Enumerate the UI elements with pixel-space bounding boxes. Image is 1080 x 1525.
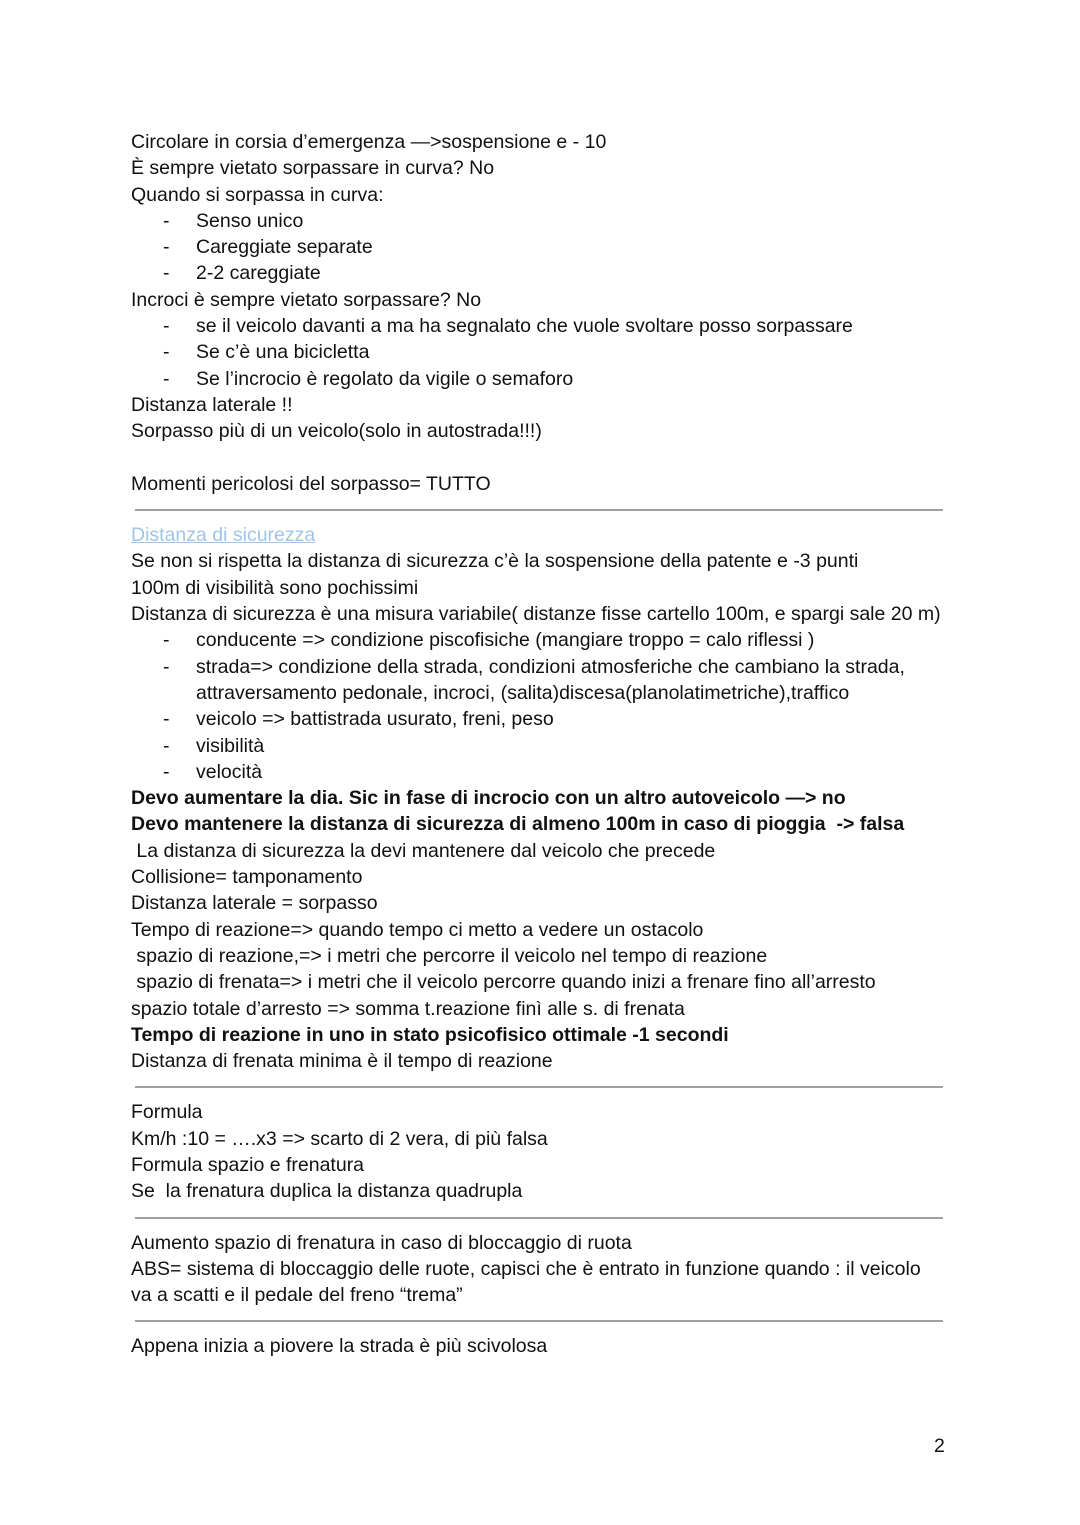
blank-line	[131, 445, 943, 471]
section-heading: Distanza di sicurezza	[131, 522, 943, 548]
intersection-bullet-list: -se il veicolo davanti a ma ha segnalato…	[131, 313, 943, 392]
bullet-dash: -	[163, 733, 170, 759]
text-line: Aumento spazio di frenatura in caso di b…	[131, 1230, 943, 1256]
bullet-dash: -	[163, 366, 170, 392]
list-item: -Senso unico	[131, 208, 943, 234]
horizontal-divider	[135, 1217, 943, 1219]
list-item: -se il veicolo davanti a ma ha segnalato…	[131, 313, 943, 339]
text-line: Se la frenatura duplica la distanza quad…	[131, 1178, 943, 1204]
text-line: Formula	[131, 1099, 943, 1125]
list-item: -strada=> condizione della strada, condi…	[131, 654, 943, 707]
section-abs: Aumento spazio di frenatura in caso di b…	[131, 1230, 943, 1309]
text-line: Distanza di sicurezza è una misura varia…	[131, 601, 943, 627]
list-item: -2-2 careggiate	[131, 260, 943, 286]
bullet-dash: -	[163, 208, 170, 234]
horizontal-divider	[135, 509, 943, 511]
text-line: Circolare in corsia d’emergenza —>sospen…	[131, 129, 943, 155]
text-line: È sempre vietato sorpassare in curva? No	[131, 155, 943, 181]
section-safety-distance: Distanza di sicurezza Se non si rispetta…	[131, 522, 943, 1074]
list-item: -Careggiate separate	[131, 234, 943, 260]
document-page: Circolare in corsia d’emergenza —>sospen…	[131, 129, 943, 1360]
bold-text-line: Tempo di reazione in uno in stato psicof…	[131, 1022, 943, 1048]
text-line: Sorpasso più di un veicolo(solo in autos…	[131, 418, 943, 444]
text-line: Distanza di frenata minima è il tempo di…	[131, 1048, 943, 1074]
text-line: Appena inizia a piovere la strada è più …	[131, 1333, 943, 1359]
bullet-dash: -	[163, 759, 170, 785]
bold-text-line: Devo mantenere la distanza di sicurezza …	[131, 811, 943, 837]
text-line: Km/h :10 = ….x3 => scarto di 2 vera, di …	[131, 1126, 943, 1152]
bullet-dash: -	[163, 313, 170, 339]
horizontal-divider	[135, 1320, 943, 1322]
section-rain: Appena inizia a piovere la strada è più …	[131, 1333, 943, 1359]
bullet-dash: -	[163, 234, 170, 260]
text-line: La distanza di sicurezza la devi mantene…	[131, 838, 943, 864]
text-line: Tempo di reazione=> quando tempo ci mett…	[131, 917, 943, 943]
text-line: Incroci è sempre vietato sorpassare? No	[131, 287, 943, 313]
text-line: Distanza laterale = sorpasso	[131, 890, 943, 916]
list-item: -velocità	[131, 759, 943, 785]
list-item: -Se l’incrocio è regolato da vigile o se…	[131, 366, 943, 392]
section-formula: Formula Km/h :10 = ….x3 => scarto di 2 v…	[131, 1099, 943, 1204]
bullet-dash: -	[163, 706, 170, 732]
list-item: -visibilità	[131, 733, 943, 759]
factor-bullet-list: -conducente => condizione piscofisiche (…	[131, 627, 943, 785]
list-item: -conducente => condizione piscofisiche (…	[131, 627, 943, 653]
text-line: spazio di reazione,=> i metri che percor…	[131, 943, 943, 969]
text-line: spazio totale d’arresto => somma t.reazi…	[131, 996, 943, 1022]
bullet-dash: -	[163, 627, 170, 653]
curve-bullet-list: -Senso unico -Careggiate separate -2-2 c…	[131, 208, 943, 287]
bullet-dash: -	[163, 654, 170, 680]
text-line: Distanza laterale !!	[131, 392, 943, 418]
bold-text-line: Devo aumentare la dia. Sic in fase di in…	[131, 785, 943, 811]
text-line: Collisione= tamponamento	[131, 864, 943, 890]
text-line: spazio di frenata=> i metri che il veico…	[131, 969, 943, 995]
list-item: -veicolo => battistrada usurato, freni, …	[131, 706, 943, 732]
bullet-dash: -	[163, 339, 170, 365]
text-line: Quando si sorpassa in curva:	[131, 182, 943, 208]
page-number: 2	[934, 1433, 945, 1459]
text-line: Momenti pericolosi del sorpasso= TUTTO	[131, 471, 943, 497]
safety-distance-link[interactable]: Distanza di sicurezza	[131, 524, 315, 546]
text-line: Se non si rispetta la distanza di sicure…	[131, 548, 943, 574]
horizontal-divider	[135, 1086, 943, 1088]
text-line: Formula spazio e frenatura	[131, 1152, 943, 1178]
bullet-dash: -	[163, 260, 170, 286]
text-line: 100m di visibilità sono pochissimi	[131, 575, 943, 601]
text-line: ABS= sistema di bloccaggio delle ruote, …	[131, 1256, 943, 1309]
list-item: -Se c’è una bicicletta	[131, 339, 943, 365]
section-overtaking: Circolare in corsia d’emergenza —>sospen…	[131, 129, 943, 497]
